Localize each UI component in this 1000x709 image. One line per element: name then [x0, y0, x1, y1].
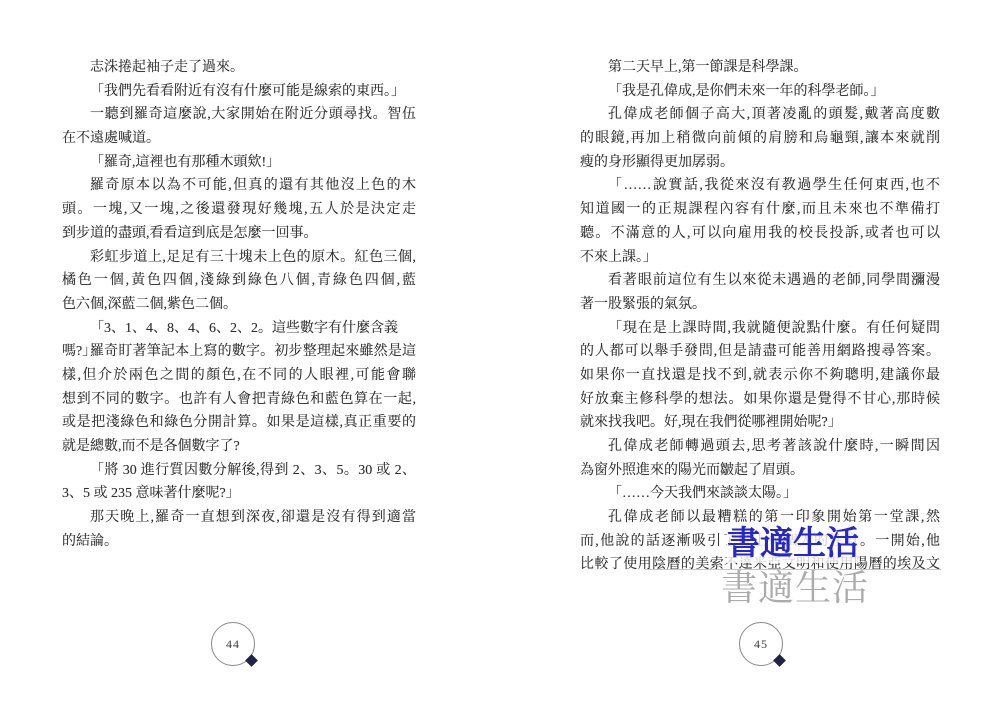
text-line: 志洙捲起袖子走了過來。	[62, 56, 416, 80]
watermark-stamp: 書適生活	[721, 570, 869, 608]
text-line: 為窗外照進來的陽光而皺起了眉頭。	[580, 459, 940, 483]
text-line: 「我是孔偉成,是你們未來一年的科學老師。」	[580, 80, 940, 104]
text-line: 到步道的盡頭,看看這到底是怎麼一回事。	[62, 222, 416, 246]
text-line: 「現在是上課時間,我就隨便說點什麼。有任何疑問	[580, 317, 940, 341]
text-line: 好放棄主修科學的想法。如果你還是覺得不甘心,那時候	[580, 388, 940, 412]
text-line: 如果你一直找還是找不到,就表示你不夠聰明,建議你最	[580, 364, 940, 388]
text-line: 羅奇盯著筆記本上寫的數字。初步整理起來雖然是這	[62, 340, 416, 364]
text-line: 「3、1、4、8、4、6、2、2。這些數字有什麼含義嗎?」	[62, 317, 416, 341]
text-line: 想到不同的數字。也許有人會把青綠色和藍色算在一起,	[62, 388, 416, 412]
text-line: 羅奇原本以為不可能,但真的還有其他沒上色的木	[62, 174, 416, 198]
text-line: 那天晚上,羅奇一直想到深夜,卻還是沒有得到適當	[62, 506, 416, 530]
text-line: 看著眼前這位有生以來從未遇過的老師,同學間瀰漫	[580, 269, 940, 293]
text-line: 「……今天我們來談談太陽。」	[580, 482, 940, 506]
diamond-ornament-icon	[773, 654, 786, 667]
page-number-right-label: 45	[754, 637, 768, 651]
text-line: 孔偉成老師轉過頭去,思考著該說什麼時,一瞬間因	[580, 435, 940, 459]
page-number-right: 45	[739, 622, 783, 666]
text-line: 就來找我吧。好,現在我們從哪裡開始呢?」	[580, 411, 940, 435]
page-number-left-label: 44	[226, 637, 240, 651]
watermark-overlay: 書適生活	[727, 526, 859, 563]
book-spread: 志洙捲起袖子走了過來。 「我們先看看附近有沒有什麼可能是線索的東西。」 一聽到羅…	[0, 0, 1000, 709]
diamond-ornament-icon	[245, 654, 258, 667]
text-line: 的眼鏡,再加上稍微向前傾的肩膀和烏龜頸,讓本來就削	[580, 127, 940, 151]
text-line: 色六個,深藍二個,紫色二個。	[62, 293, 416, 317]
text-line: 的結論。	[62, 530, 416, 554]
text-line: 「我們先看看附近有沒有什麼可能是線索的東西。」	[62, 80, 416, 104]
text-line: 知道國一的正規課程內容有什麼,而且未來也不準備打	[580, 198, 940, 222]
text-line: 或是把淺綠色和綠色分開計算。如果是這樣,真正重要的	[62, 411, 416, 435]
text-line: 彩虹步道上,足足有三十塊未上色的原木。紅色三個,	[62, 246, 416, 270]
text-line: 「……說實話,我從來沒有教過學生任何東西,也不	[580, 174, 940, 198]
text-line: 樣,但介於兩色之間的顏色,在不同的人眼裡,可能會聯	[62, 364, 416, 388]
text-line: 就是總數,而不是各個數字了?	[62, 435, 416, 459]
right-page-text-column: 第二天早上,第一節課是科學課。 「我是孔偉成,是你們未來一年的科學老師。」 孔偉…	[580, 56, 940, 577]
text-line: 孔偉成老師個子高大,頂著凌亂的頭髮,戴著高度數	[580, 103, 940, 127]
text-line: 頭。一塊,又一塊,之後還發現好幾塊,五人於是決定走	[62, 198, 416, 222]
text-line: 一聽到羅奇這麼說,大家開始在附近分頭尋找。智伍	[62, 103, 416, 127]
text-line: 「羅奇,這裡也有那種木頭欸!」	[62, 151, 416, 175]
left-page-text-column: 志洙捲起袖子走了過來。 「我們先看看附近有沒有什麼可能是線索的東西。」 一聽到羅…	[62, 56, 416, 553]
text-line: 不來上課。」	[580, 246, 940, 270]
page-number-left: 44	[211, 622, 255, 666]
text-line: 的人都可以舉手發問,但是請盡可能善用網路搜尋答案。	[580, 340, 940, 364]
text-line: 橘色一個,黃色四個,淺綠到綠色八個,青綠色四個,藍	[62, 269, 416, 293]
text-line: 聽。不滿意的人,可以向雇用我的校長投訴,或者也可以	[580, 222, 940, 246]
text-line: 在不遠處喊道。	[62, 127, 416, 151]
text-line: 「將 30 進行質因數分解後,得到 2、3、5。30 或 2、	[62, 459, 416, 483]
text-line: 瘦的身形顯得更加孱弱。	[580, 151, 940, 175]
text-line: 著一股緊張的氣氛。	[580, 293, 940, 317]
text-line: 第二天早上,第一節課是科學課。	[580, 56, 940, 80]
text-line: 3、5 或 235 意味著什麼呢?」	[62, 482, 416, 506]
